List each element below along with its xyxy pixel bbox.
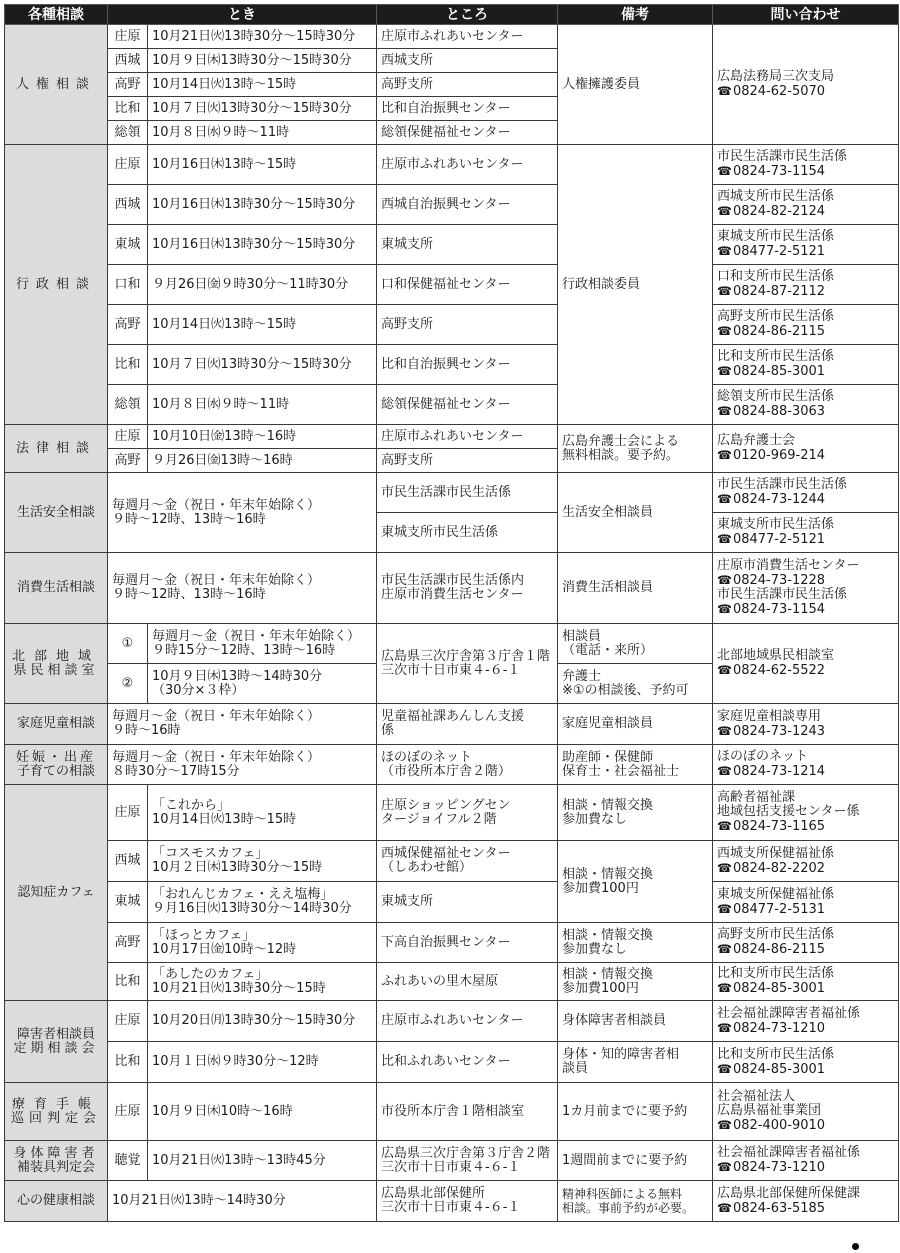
notes-line: 談員	[562, 1062, 708, 1076]
contact-name: 総領支所市民生活係	[717, 390, 894, 404]
when-cell: 10月21日㈫13時30分〜15時30分	[148, 25, 377, 49]
phone-icon: 0824-82-2202	[717, 861, 894, 876]
table-row: 高野 「ほっとカフェ」10月17日㈮10時〜12時 下高自治振興センター 相談・…	[5, 923, 899, 963]
consultation-schedule-table: 各種相談 とき ところ 備考 問い合わせ 人権相談 庄原 10月21日㈫13時3…	[4, 4, 899, 1222]
phone-icon: 0824-86-2115	[717, 324, 894, 339]
when-cell: 毎週月〜金（祝日・年末年始除く）９時15分〜12時、13時〜16時	[148, 624, 377, 664]
where-cell: 庄原市ふれあいセンター	[377, 145, 558, 185]
table-row: 東城 10月16日㈭13時30分〜15時30分 東城支所 東城支所市民生活係08…	[5, 225, 899, 265]
contact-cell: 総領支所市民生活係0824-88-3063	[713, 385, 899, 425]
table-row: 妊娠・出産子育ての相談 毎週月〜金（祝日・年末年始除く）８時30分〜17時15分…	[5, 745, 899, 785]
contact-phone[interactable]: 08477-2-5131	[733, 902, 825, 917]
contact-cell: 北部地域県民相談室0824-62-5522	[713, 624, 899, 704]
contact-cell: 東城支所市民生活係08477-2-5121	[713, 513, 899, 553]
contact-phone[interactable]: 0824-73-1210	[733, 1021, 825, 1036]
where-cell: 下高自治振興センター	[377, 923, 558, 963]
when-cell: 毎週月〜金（祝日・年末年始除く）９時〜12時、13時〜16時	[108, 473, 377, 553]
cafe-title: 「あしたのカフェ」	[152, 968, 372, 982]
where-cell: 児童福祉課あんしん支援係	[377, 704, 558, 745]
contact-phone[interactable]: 0824-73-1154	[733, 602, 825, 617]
when-cell: 毎週月〜金（祝日・年末年始除く）９時〜16時	[108, 704, 377, 745]
contact-cell: 社会福祉課障害者福祉係0824-73-1210	[713, 1141, 899, 1181]
where-line: タージョイフル２階	[381, 813, 553, 827]
notes-line: 参加費100円	[562, 882, 708, 896]
header-row: 各種相談 とき ところ 備考 問い合わせ	[5, 5, 899, 25]
notes-cell: 身体障害者相談員	[558, 1001, 713, 1042]
table-row: 比和 「あしたのカフェ」10月21日㈫13時30分〜15時 ふれあいの里木屋原 …	[5, 963, 899, 1001]
contact-phone[interactable]: 0824-73-1214	[733, 764, 825, 779]
contact-phone[interactable]: 08477-2-5121	[733, 244, 825, 259]
when-line: 毎週月〜金（祝日・年末年始除く）	[112, 499, 372, 513]
cafe-title: 「これから」	[152, 799, 372, 813]
area-cell: 高野	[108, 73, 148, 97]
table-row: 比和 10月７日㈫13時30分〜15時30分 比和自治振興センター 比和支所市民…	[5, 345, 899, 385]
contact-name: 東城支所保健福祉係	[717, 888, 894, 902]
where-line: （市役所本庁舎２階）	[381, 765, 553, 779]
contact-phone[interactable]: 0824-73-1165	[733, 819, 825, 834]
contact-phone[interactable]: 0824-88-3063	[733, 404, 825, 419]
notes-line: 保育士・社会福祉士	[562, 765, 708, 779]
where-line: 三次市十日市東４-６-１	[381, 664, 553, 678]
phone-icon: 08477-2-5131	[717, 902, 894, 917]
cafe-title: 「ほっとカフェ」	[152, 929, 372, 943]
when-line: 毎週月〜金（祝日・年末年始除く）	[112, 751, 372, 765]
contact-phone[interactable]: 0824-73-1228	[733, 573, 825, 588]
phone-icon: 0824-73-1244	[717, 492, 894, 507]
phone-icon: 0824-62-5522	[717, 663, 894, 678]
notes-cell: 弁護士※①の相談後、予約可	[558, 664, 713, 704]
notes-cell: 家庭児童相談員	[558, 704, 713, 745]
table-row: 法律相談 庄原 10月10日㈮13時〜16時 庄原市ふれあいセンター 広島弁護士…	[5, 425, 899, 449]
notes-cell: 消費生活相談員	[558, 553, 713, 624]
contact-cell: ほのぼのネット0824-73-1214	[713, 745, 899, 785]
where-line: 広島県三次庁舎第３庁舎１階	[381, 650, 553, 664]
notes-line: 助産師・保健師	[562, 751, 708, 765]
contact-phone[interactable]: 0824-85-3001	[733, 364, 825, 379]
when-cell: 10月９日㈭13時30分〜15時30分	[148, 49, 377, 73]
area-cell: 西城	[108, 49, 148, 73]
category-cell: 療育手帳巡回判定会	[5, 1083, 108, 1141]
when-cell: 10月９日㈭10時〜16時	[148, 1083, 377, 1141]
when-cell: 10月10日㈮13時〜16時	[148, 425, 377, 449]
area-cell: 庄原	[108, 1001, 148, 1042]
contact-phone[interactable]: 0824-85-3001	[733, 1062, 825, 1077]
table-row: 行政相談 庄原 10月16日㈭13時〜15時 庄原市ふれあいセンター 行政相談委…	[5, 145, 899, 185]
contact-phone[interactable]: 0824-62-5522	[733, 663, 825, 678]
table-row: 消費生活相談 毎週月〜金（祝日・年末年始除く）９時〜12時、13時〜16時 市民…	[5, 553, 899, 624]
contact-cell: 社会福祉法人広島県福祉事業団082-400-9010	[713, 1083, 899, 1141]
area-cell: 東城	[108, 225, 148, 265]
table-row: 総領 10月８日㈬９時〜11時 総領保健福祉センター 総領支所市民生活係0824…	[5, 385, 899, 425]
when-cell: 「おれんじカフェ・ええ塩梅」９月16日㈫13時30分〜14時30分	[148, 882, 377, 923]
phone-icon: 0824-85-3001	[717, 981, 894, 996]
area-cell: 庄原	[108, 1083, 148, 1141]
contact-name: 比和支所市民生活係	[717, 350, 894, 364]
contact-name: 高齢者福祉課	[717, 791, 894, 805]
contact-phone[interactable]: 0824-73-1210	[733, 1160, 825, 1175]
contact-name: 東城支所市民生活係	[717, 230, 894, 244]
table-row: 高野 10月14日㈫13時〜15時 高野支所 高野支所市民生活係0824-86-…	[5, 305, 899, 345]
contact-name: 庄原市消費生活センター	[717, 559, 894, 573]
contact-name: 社会福祉課障害者福祉係	[717, 1146, 894, 1160]
where-cell: 比和自治振興センター	[377, 97, 558, 121]
notes-cell: 生活安全相談員	[558, 473, 713, 553]
where-line: ほのぼのネット	[381, 751, 553, 765]
when-cell: 10月16日㈭13時〜15時	[148, 145, 377, 185]
where-cell: 広島県三次庁舎第３庁舎１階三次市十日市東４-６-１	[377, 624, 558, 704]
area-cell: 総領	[108, 385, 148, 425]
notes-line: 無料相談。要予約。	[562, 449, 708, 463]
contact-name: 高野支所市民生活係	[717, 310, 894, 324]
when-line: ９時〜12時、13時〜16時	[112, 513, 372, 527]
where-cell: 東城支所市民生活係	[377, 513, 558, 553]
where-cell: 庄原市ふれあいセンター	[377, 1001, 558, 1042]
contact-name: 市民生活課市民生活係	[717, 150, 894, 164]
where-cell: 高野支所	[377, 449, 558, 473]
cafe-title: 「コスモスカフェ」	[152, 847, 372, 861]
contact-name: 広島弁護士会	[717, 434, 894, 448]
contact-cell: 高野支所市民生活係0824-86-2115	[713, 305, 899, 345]
where-line: 庄原ショッピングセン	[381, 799, 553, 813]
contact-cell: 庄原市消費生活センター 0824-73-1228 市民生活課市民生活係 0824…	[713, 553, 899, 624]
contact-phone[interactable]: 0824-73-1243	[733, 724, 825, 739]
area-cell: 比和	[108, 963, 148, 1001]
where-cell: 東城支所	[377, 225, 558, 265]
area-cell: 西城	[108, 841, 148, 882]
when-line: 10月17日㈮10時〜12時	[152, 943, 372, 957]
area-cell: 庄原	[108, 425, 148, 449]
table-row: 人権相談 庄原 10月21日㈫13時30分〜15時30分 庄原市ふれあいセンター…	[5, 25, 899, 49]
where-line: 係	[381, 724, 553, 738]
contact-name: 市民生活課市民生活係	[717, 478, 894, 492]
notes-cell: 身体・知的障害者相談員	[558, 1042, 713, 1083]
where-cell: 市役所本庁舎１階相談室	[377, 1083, 558, 1141]
contact-phone[interactable]: 0120-969-214	[733, 448, 825, 463]
when-cell: 「ほっとカフェ」10月17日㈮10時〜12時	[148, 923, 377, 963]
contact-phone[interactable]: 0824-86-2115	[733, 942, 825, 957]
notes-line: 相談・情報交換	[562, 968, 708, 982]
when-line: 10月14日㈫13時〜15時	[152, 813, 372, 827]
when-cell: 10月16日㈭13時30分〜15時30分	[148, 185, 377, 225]
category-cell: 妊娠・出産子育ての相談	[5, 745, 108, 785]
area-cell: 庄原	[108, 25, 148, 49]
area-cell: 総領	[108, 121, 148, 145]
when-line: ９時15分〜12時、13時〜16時	[152, 644, 372, 658]
when-cell: 毎週月〜金（祝日・年末年始除く）９時〜12時、13時〜16時	[108, 553, 377, 624]
area-cell: 比和	[108, 97, 148, 121]
header-contact: 問い合わせ	[713, 5, 899, 25]
area-cell: 高野	[108, 449, 148, 473]
area-cell: 東城	[108, 882, 148, 923]
contact-name: ほのぼのネット	[717, 750, 894, 764]
when-cell: 「あしたのカフェ」10月21日㈫13時30分〜15時	[148, 963, 377, 1001]
when-line: 10月９日㈭13時〜14時30分	[152, 670, 372, 684]
when-cell: 10月９日㈭13時〜14時30分（30分×３枠）	[148, 664, 377, 704]
contact-name: 東城支所市民生活係	[717, 518, 894, 532]
category-line: 身体障害者	[9, 1147, 103, 1161]
notes-cell: 人権擁護委員	[558, 25, 713, 145]
when-line: 毎週月〜金（祝日・年末年始除く）	[152, 630, 372, 644]
when-cell: 10月21日㈫13時〜14時30分	[108, 1181, 377, 1222]
phone-icon: 0824-86-2115	[717, 942, 894, 957]
contact-phone[interactable]: 0824-85-3001	[733, 981, 825, 996]
where-line: 広島県北部保健所	[381, 1187, 553, 1201]
notes-line: 相談・情報交換	[562, 929, 708, 943]
where-line: 西城保健福祉センター	[381, 847, 553, 861]
phone-icon: 0824-73-1228	[717, 573, 894, 588]
category-cell: 消費生活相談	[5, 553, 108, 624]
notes-cell: 相談・情報交換参加費なし	[558, 785, 713, 841]
contact-name: 地域包括支援センター係	[717, 805, 894, 819]
mark-cell: ①	[108, 624, 148, 664]
contact-cell: 社会福祉課障害者福祉係0824-73-1210	[713, 1001, 899, 1042]
table-row: 療育手帳巡回判定会 庄原 10月９日㈭10時〜16時 市役所本庁舎１階相談室 1…	[5, 1083, 899, 1141]
category-line: 定期相談会	[9, 1042, 103, 1056]
where-line: 児童福祉課あんしん支援	[381, 710, 553, 724]
notes-line: 広島弁護士会による	[562, 435, 708, 449]
where-cell: 庄原市ふれあいセンター	[377, 425, 558, 449]
contact-name: 広島法務局三次支局	[717, 70, 894, 84]
notes-cell: 精神科医師による無料相談。事前予約が必要。	[558, 1181, 713, 1222]
when-cell: ９月26日㈮13時〜16時	[148, 449, 377, 473]
contact-cell: 口和支所市民生活係0824-87-2112	[713, 265, 899, 305]
contact-phone[interactable]: 0824-73-1154	[733, 164, 825, 179]
when-line: 10月２日㈭13時30分〜15時	[152, 861, 372, 875]
table-row: 口和 ９月26日㈮９時30分〜11時30分 口和保健福祉センター 口和支所市民生…	[5, 265, 899, 305]
contact-phone[interactable]: 0824-82-2124	[733, 204, 825, 219]
when-cell: 「これから」10月14日㈫13時〜15時	[148, 785, 377, 841]
where-cell: 西城自治振興センター	[377, 185, 558, 225]
area-cell: 高野	[108, 305, 148, 345]
where-cell: 庄原市ふれあいセンター	[377, 25, 558, 49]
category-cell: 認知症カフェ	[5, 785, 108, 1001]
contact-name: 比和支所市民生活係	[717, 967, 894, 981]
notes-line: 相談・情報交換	[562, 868, 708, 882]
when-line: 毎週月〜金（祝日・年末年始除く）	[112, 710, 372, 724]
category-line: 県民相談室	[9, 664, 103, 678]
category-line: 障害者相談員	[9, 1028, 103, 1042]
area-cell: 比和	[108, 345, 148, 385]
where-cell: 総領保健福祉センター	[377, 121, 558, 145]
contact-name: 市民生活課市民生活係	[717, 588, 894, 602]
table-row: 東城 「おれんじカフェ・ええ塩梅」９月16日㈫13時30分〜14時30分 東城支…	[5, 882, 899, 923]
category-cell: 障害者相談員定期相談会	[5, 1001, 108, 1083]
contact-name: 広島県北部保健所保健課	[717, 1187, 894, 1201]
category-cell: 生活安全相談	[5, 473, 108, 553]
table-row: 身体障害者補装具判定会 聴覚 10月21日㈫13時〜13時45分 広島県三次庁舎…	[5, 1141, 899, 1181]
when-cell: 10月７日㈫13時30分〜15時30分	[148, 97, 377, 121]
contact-name: 社会福祉法人	[717, 1090, 894, 1104]
contact-phone[interactable]: 08477-2-5121	[733, 532, 825, 547]
phone-icon: 0824-73-1210	[717, 1021, 894, 1036]
contact-cell: 東城支所保健福祉係08477-2-5131	[713, 882, 899, 923]
category-line: 子育ての相談	[9, 765, 103, 779]
notes-cell: 相談・情報交換参加費100円	[558, 963, 713, 1001]
when-cell: 10月14日㈫13時〜15時	[148, 73, 377, 97]
where-cell: 市民生活課市民生活係内庄原市消費生活センター	[377, 553, 558, 624]
contact-cell: 広島弁護士会0120-969-214	[713, 425, 899, 473]
phone-icon: 082-400-9010	[717, 1118, 894, 1133]
contact-phone[interactable]: 0824-87-2112	[733, 284, 825, 299]
when-cell: 10月８日㈬９時〜11時	[148, 121, 377, 145]
contact-cell: 市民生活課市民生活係0824-73-1154	[713, 145, 899, 185]
category-cell: 人権相談	[5, 25, 108, 145]
notes-cell: 助産師・保健師保育士・社会福祉士	[558, 745, 713, 785]
where-line: 庄原市消費生活センター	[381, 588, 553, 602]
notes-cell: 広島弁護士会による無料相談。要予約。	[558, 425, 713, 473]
contact-cell: 広島法務局三次支局 0824-62-5070	[713, 25, 899, 145]
area-cell: 庄原	[108, 145, 148, 185]
where-cell: 高野支所	[377, 73, 558, 97]
contact-cell: 比和支所市民生活係0824-85-3001	[713, 1042, 899, 1083]
phone-icon: 0824-85-3001	[717, 364, 894, 379]
contact-name: 口和支所市民生活係	[717, 270, 894, 284]
notes-line: 弁護士	[562, 670, 708, 684]
where-cell: 西城支所	[377, 49, 558, 73]
contact-cell: 広島県北部保健所保健課0824-63-5185	[713, 1181, 899, 1222]
contact-name: 高野支所市民生活係	[717, 928, 894, 942]
when-line: ８時30分〜17時15分	[112, 765, 372, 779]
when-line: 10月21日㈫13時30分〜15時	[152, 982, 372, 996]
contact-name: 西城支所保健福祉係	[717, 847, 894, 861]
contact-phone[interactable]: 0824-63-5185	[733, 1201, 825, 1216]
when-cell: 10月１日㈬９時30分〜12時	[148, 1042, 377, 1083]
category-cell: 家庭児童相談	[5, 704, 108, 745]
phone-icon: 0824-73-1165	[717, 819, 894, 834]
category-cell: 行政相談	[5, 145, 108, 425]
contact-name: 社会福祉課障害者福祉係	[717, 1007, 894, 1021]
phone-icon: 08477-2-5121	[717, 244, 894, 259]
where-cell: ほのぼのネット（市役所本庁舎２階）	[377, 745, 558, 785]
where-line: 市民生活課市民生活係内	[381, 574, 553, 588]
category-cell: 身体障害者補装具判定会	[5, 1141, 108, 1181]
phone-icon: 0824-62-5070	[717, 84, 894, 99]
where-line: 三次市十日市東４-６-１	[381, 1161, 553, 1175]
when-cell: 10月20日㈪13時30分〜15時30分	[148, 1001, 377, 1042]
notes-line: ※①の相談後、予約可	[562, 684, 708, 698]
area-cell: 庄原	[108, 785, 148, 841]
when-line: ９時〜16時	[112, 724, 372, 738]
category-line: 補装具判定会	[9, 1161, 103, 1175]
table-row: 比和 10月１日㈬９時30分〜12時 比和ふれあいセンター 身体・知的障害者相談…	[5, 1042, 899, 1083]
notes-cell: 相談・情報交換参加費100円	[558, 841, 713, 923]
phone-icon: 0824-63-5185	[717, 1201, 894, 1216]
contact-name: 北部地域県民相談室	[717, 649, 894, 663]
table-row: 障害者相談員定期相談会 庄原 10月20日㈪13時30分〜15時30分 庄原市ふ…	[5, 1001, 899, 1042]
when-line: 毎週月〜金（祝日・年末年始除く）	[112, 574, 372, 588]
when-cell: 毎週月〜金（祝日・年末年始除く）８時30分〜17時15分	[108, 745, 377, 785]
where-cell: 庄原ショッピングセンタージョイフル２階	[377, 785, 558, 841]
area-cell: 聴覚	[108, 1141, 148, 1181]
notes-line: 相談・情報交換	[562, 799, 708, 813]
category-line: 巡回判定会	[9, 1112, 103, 1126]
contact-phone[interactable]: 0824-73-1244	[733, 492, 825, 507]
notes-line: 相談員	[562, 630, 708, 644]
where-line: （しあわせ館）	[381, 861, 553, 875]
area-cell: 口和	[108, 265, 148, 305]
mark-cell: ②	[108, 664, 148, 704]
table-row: 認知症カフェ 庄原 「これから」10月14日㈫13時〜15時 庄原ショッピングセ…	[5, 785, 899, 841]
table-row: 北部地域県民相談室 ① 毎週月〜金（祝日・年末年始除く）９時15分〜12時、13…	[5, 624, 899, 664]
when-cell: 10月16日㈭13時30分〜15時30分	[148, 225, 377, 265]
notes-cell: 行政相談委員	[558, 145, 713, 425]
contact-cell: 市民生活課市民生活係0824-73-1244	[713, 473, 899, 513]
contact-name: 西城支所市民生活係	[717, 190, 894, 204]
contact-cell: 東城支所市民生活係08477-2-5121	[713, 225, 899, 265]
header-when: とき	[108, 5, 377, 25]
contact-cell: 西城支所市民生活係0824-82-2124	[713, 185, 899, 225]
when-cell: ９月26日㈮９時30分〜11時30分	[148, 265, 377, 305]
cafe-title: 「おれんじカフェ・ええ塩梅」	[152, 888, 372, 902]
notes-cell: 1週間前までに要予約	[558, 1141, 713, 1181]
where-cell: 西城保健福祉センター（しあわせ館）	[377, 841, 558, 882]
where-cell: 市民生活課市民生活係	[377, 473, 558, 513]
phone-icon: 0824-88-3063	[717, 404, 894, 419]
when-line: ９月16日㈫13時30分〜14時30分	[152, 902, 372, 916]
area-cell: 比和	[108, 1042, 148, 1083]
header-where: ところ	[377, 5, 558, 25]
contact-cell: 家庭児童相談専用0824-73-1243	[713, 704, 899, 745]
where-cell: 広島県三次庁舎第３庁舎２階三次市十日市東４-６-１	[377, 1141, 558, 1181]
contact-cell: 西城支所保健福祉係0824-82-2202	[713, 841, 899, 882]
notes-line: 参加費なし	[562, 813, 708, 827]
phone-icon: 0824-73-1154	[717, 602, 894, 617]
page-marker-dot	[852, 1243, 859, 1250]
header-notes: 備考	[558, 5, 713, 25]
table-row: 心の健康相談 10月21日㈫13時〜14時30分 広島県北部保健所三次市十日市東…	[5, 1181, 899, 1222]
contact-cell: 比和支所市民生活係0824-85-3001	[713, 345, 899, 385]
contact-phone[interactable]: 0824-82-2202	[733, 861, 825, 876]
notes-cell: 1カ月前までに要予約	[558, 1083, 713, 1141]
when-line: ９時〜12時、13時〜16時	[112, 588, 372, 602]
contact-cell: 比和支所市民生活係0824-85-3001	[713, 963, 899, 1001]
table-row: 西城 「コスモスカフェ」10月２日㈭13時30分〜15時 西城保健福祉センター（…	[5, 841, 899, 882]
category-cell: 北部地域県民相談室	[5, 624, 108, 704]
contact-phone[interactable]: 0824-62-5070	[733, 84, 825, 99]
table-row: 家庭児童相談 毎週月〜金（祝日・年末年始除く）９時〜16時 児童福祉課あんしん支…	[5, 704, 899, 745]
phone-icon: 0824-73-1214	[717, 764, 894, 779]
notes-cell: 相談員（電話・来所）	[558, 624, 713, 664]
category-cell: 心の健康相談	[5, 1181, 108, 1222]
when-cell: 「コスモスカフェ」10月２日㈭13時30分〜15時	[148, 841, 377, 882]
contact-name: 家庭児童相談専用	[717, 710, 894, 724]
contact-phone[interactable]: 0824-86-2115	[733, 324, 825, 339]
where-cell: 東城支所	[377, 882, 558, 923]
contact-phone[interactable]: 082-400-9010	[733, 1118, 825, 1133]
phone-icon: 0824-82-2124	[717, 204, 894, 219]
when-line: （30分×３枠）	[152, 684, 372, 698]
area-cell: 高野	[108, 923, 148, 963]
contact-name: 広島県福祉事業団	[717, 1104, 894, 1118]
phone-icon: 0824-73-1210	[717, 1160, 894, 1175]
where-cell: 総領保健福祉センター	[377, 385, 558, 425]
header-category: 各種相談	[5, 5, 108, 25]
notes-cell: 相談・情報交換参加費なし	[558, 923, 713, 963]
notes-line: 精神科医師による無料	[562, 1187, 708, 1201]
phone-icon: 08477-2-5121	[717, 532, 894, 547]
phone-icon: 0824-73-1243	[717, 724, 894, 739]
when-cell: 10月８日㈬９時〜11時	[148, 385, 377, 425]
where-cell: 口和保健福祉センター	[377, 265, 558, 305]
area-cell: 西城	[108, 185, 148, 225]
contact-cell: 高齢者福祉課地域包括支援センター係0824-73-1165	[713, 785, 899, 841]
phone-icon: 0824-85-3001	[717, 1062, 894, 1077]
notes-line: 参加費なし	[562, 943, 708, 957]
notes-line: 参加費100円	[562, 982, 708, 996]
when-cell: 10月７日㈫13時30分〜15時30分	[148, 345, 377, 385]
table-row: 生活安全相談 毎週月〜金（祝日・年末年始除く）９時〜12時、13時〜16時 市民…	[5, 473, 899, 513]
category-line: 北部地域	[9, 650, 103, 664]
